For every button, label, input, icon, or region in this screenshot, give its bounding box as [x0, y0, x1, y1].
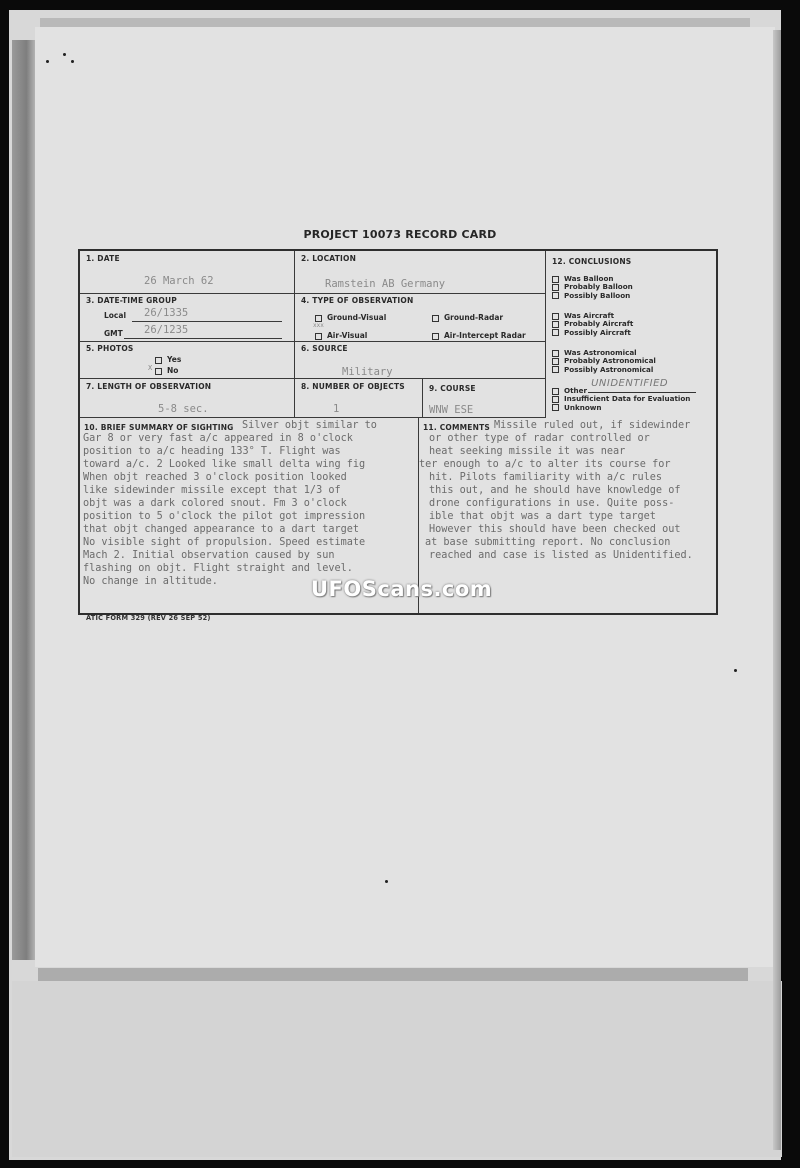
checkbox-icon	[552, 284, 559, 291]
number-of-objects-value: 1	[333, 403, 339, 415]
conclusion-possibly-balloon[interactable]: Possibly Balloon	[552, 292, 633, 300]
date-cell: 1. DATE 26 March 62	[80, 251, 295, 294]
option-photos-no[interactable]: No	[155, 366, 178, 375]
type-of-observation-cell: 4. TYPE OF OBSERVATION Ground-Visual Gro…	[295, 294, 546, 342]
option-ground-radar[interactable]: Ground-Radar	[432, 313, 503, 322]
summary-line: When objt reached 3 o'clock position loo…	[83, 472, 347, 485]
comments-line: ible that objt was a dart type target	[429, 511, 656, 524]
course-cell: 9. COURSE WNW ESE	[423, 379, 546, 418]
checkbox-icon	[432, 315, 439, 322]
summary-line: position to a/c heading 133° T. Flight w…	[83, 446, 341, 459]
checkbox-icon	[315, 333, 322, 340]
date-value: 26 March 62	[144, 275, 214, 287]
dust-speck	[46, 60, 49, 63]
summary-line: No change in altitude.	[83, 576, 218, 589]
checkbox-icon	[552, 396, 559, 403]
summary-line: that objt changed appearance to a dart t…	[83, 524, 359, 537]
dust-speck	[734, 669, 737, 672]
checkbox-icon	[552, 404, 559, 411]
checkbox-icon	[552, 292, 559, 299]
date-label: 1. DATE	[86, 254, 120, 263]
checkbox-icon	[552, 276, 559, 283]
summary-line: objt was a dark colored snout. Fm 3 o'cl…	[83, 498, 347, 511]
comments-label: 11. COMMENTS	[423, 423, 490, 432]
number-of-objects-label: 8. NUMBER OF OBJECTS	[301, 382, 405, 391]
gmt-value: 26/1235	[144, 324, 188, 336]
date-time-group-label: 3. DATE-TIME GROUP	[86, 296, 177, 305]
comments-line: at base submitting report. No conclusion	[425, 537, 670, 550]
checkbox-icon	[552, 321, 559, 328]
length-of-observation-cell: 7. LENGTH OF OBSERVATION 5-8 sec.	[80, 379, 295, 418]
photos-label: 5. PHOTOS	[86, 344, 134, 353]
conclusion-unknown[interactable]: Unknown	[552, 404, 696, 412]
option-air-visual[interactable]: Air-Visual	[315, 331, 367, 340]
course-value: WNW ESE	[429, 404, 473, 416]
conclusion-possibly-aircraft[interactable]: Possibly Aircraft	[552, 329, 633, 337]
source-cell: 6. SOURCE Military	[295, 342, 546, 379]
top-page-strip	[40, 18, 750, 27]
conclusions-label: 12. CONCLUSIONS	[552, 257, 631, 266]
brief-summary-label: 10. BRIEF SUMMARY OF SIGHTING	[84, 423, 234, 432]
location-cell: 2. LOCATION Ramstein AB Germany	[295, 251, 546, 294]
summary-line: position to 5 o'clock the pilot got impr…	[83, 511, 365, 524]
option-photos-yes[interactable]: Yes	[155, 355, 181, 364]
length-of-observation-value: 5-8 sec.	[158, 403, 209, 415]
checkbox-icon	[155, 357, 162, 364]
comments-line: reached and case is listed as Unidentifi…	[429, 550, 693, 563]
source-label: 6. SOURCE	[301, 344, 348, 353]
length-of-observation-label: 7. LENGTH OF OBSERVATION	[86, 382, 211, 391]
page-edge-shadow	[12, 40, 36, 960]
other-handwritten-value: UNIDENTIFIED	[591, 380, 668, 388]
summary-line: flashing on objt. Flight straight and le…	[83, 563, 353, 576]
summary-line: Mach 2. Initial observation caused by su…	[83, 550, 334, 563]
summary-line: Gar 8 or very fast a/c appeared in 8 o'c…	[83, 433, 353, 446]
comments-line: or other type of radar controlled or	[429, 433, 650, 446]
gmt-underline	[124, 338, 282, 339]
local-value: 26/1335	[144, 307, 188, 319]
conclusion-possibly-astronomical[interactable]: Possibly Astronomical	[552, 366, 656, 374]
form-footer: ATIC FORM 329 (REV 26 SEP 52)	[86, 614, 211, 622]
comments-line: drone configurations in use. Quite poss-	[429, 498, 674, 511]
card-title: PROJECT 10073 RECORD CARD	[0, 228, 800, 241]
checkbox-icon	[155, 368, 162, 375]
comments-line: this out, and he should have knowledge o…	[429, 485, 680, 498]
gmt-label: GMT	[104, 329, 123, 338]
summary-line: toward a/c. 2 Looked like small delta wi…	[83, 459, 365, 472]
local-label: Local	[104, 311, 126, 320]
other-group: OtherUNIDENTIFIED Insufficient Data for …	[552, 385, 696, 412]
photos-no-mark: X	[148, 364, 152, 372]
right-page-edge	[773, 30, 781, 1150]
checkbox-icon	[552, 313, 559, 320]
local-underline	[132, 321, 282, 322]
watermark: UFOScans.com	[311, 577, 492, 601]
dust-speck	[71, 60, 74, 63]
comments-line: heat seeking missile it was near	[429, 446, 625, 459]
checkbox-icon	[552, 350, 559, 357]
checkbox-icon	[432, 333, 439, 340]
comments-line: hit. Pilots familiarity with a/c rules	[429, 472, 662, 485]
comments-line: However this should have been checked ou…	[429, 524, 680, 537]
photos-cell: 5. PHOTOS Yes X No	[80, 342, 295, 379]
balloon-group: Was Balloon Probably Balloon Possibly Ba…	[552, 275, 633, 300]
checkbox-icon	[552, 366, 559, 373]
checkbox-icon	[552, 388, 559, 395]
record-card: 1. DATE 26 March 62 2. LOCATION Ramstein…	[78, 249, 718, 615]
dust-speck	[63, 53, 66, 56]
location-label: 2. LOCATION	[301, 254, 356, 263]
source-value: Military	[342, 366, 393, 378]
summary-line: like sidewinder missile except that 1/3 …	[83, 485, 341, 498]
conclusions-panel: 12. CONCLUSIONS Was Balloon Probably Bal…	[546, 251, 718, 418]
comments-line: ter enough to a/c to alter its course fo…	[419, 459, 670, 472]
date-time-group-cell: 3. DATE-TIME GROUP Local 26/1335 GMT 26/…	[80, 294, 295, 342]
checkbox-icon	[315, 315, 322, 322]
astronomical-group: Was Astronomical Probably Astronomical P…	[552, 349, 656, 374]
lower-sheet	[12, 981, 782, 1157]
number-of-objects-cell: 8. NUMBER OF OBJECTS 1	[295, 379, 423, 418]
option-ground-visual[interactable]: Ground-Visual	[315, 313, 386, 322]
summary-line: No visible sight of propulsion. Speed es…	[83, 537, 365, 550]
conclusion-other[interactable]: OtherUNIDENTIFIED	[552, 385, 696, 395]
type-of-observation-label: 4. TYPE OF OBSERVATION	[301, 296, 413, 305]
summary-line: Silver objt similar to	[242, 420, 377, 433]
aircraft-group: Was Aircraft Probably Aircraft Possibly …	[552, 312, 633, 337]
checkbox-icon	[552, 329, 559, 336]
bottom-page-strip	[38, 968, 748, 981]
checkbox-icon	[552, 358, 559, 365]
comments-line: Missile ruled out, if sidewinder	[494, 420, 690, 433]
air-visual-mark: xxx	[313, 322, 324, 329]
location-value: Ramstein AB Germany	[325, 278, 445, 290]
option-air-intercept-radar[interactable]: Air-Intercept Radar	[432, 331, 526, 340]
other-underline: UNIDENTIFIED	[588, 385, 696, 393]
course-label: 9. COURSE	[429, 384, 476, 393]
dust-speck	[385, 880, 388, 883]
